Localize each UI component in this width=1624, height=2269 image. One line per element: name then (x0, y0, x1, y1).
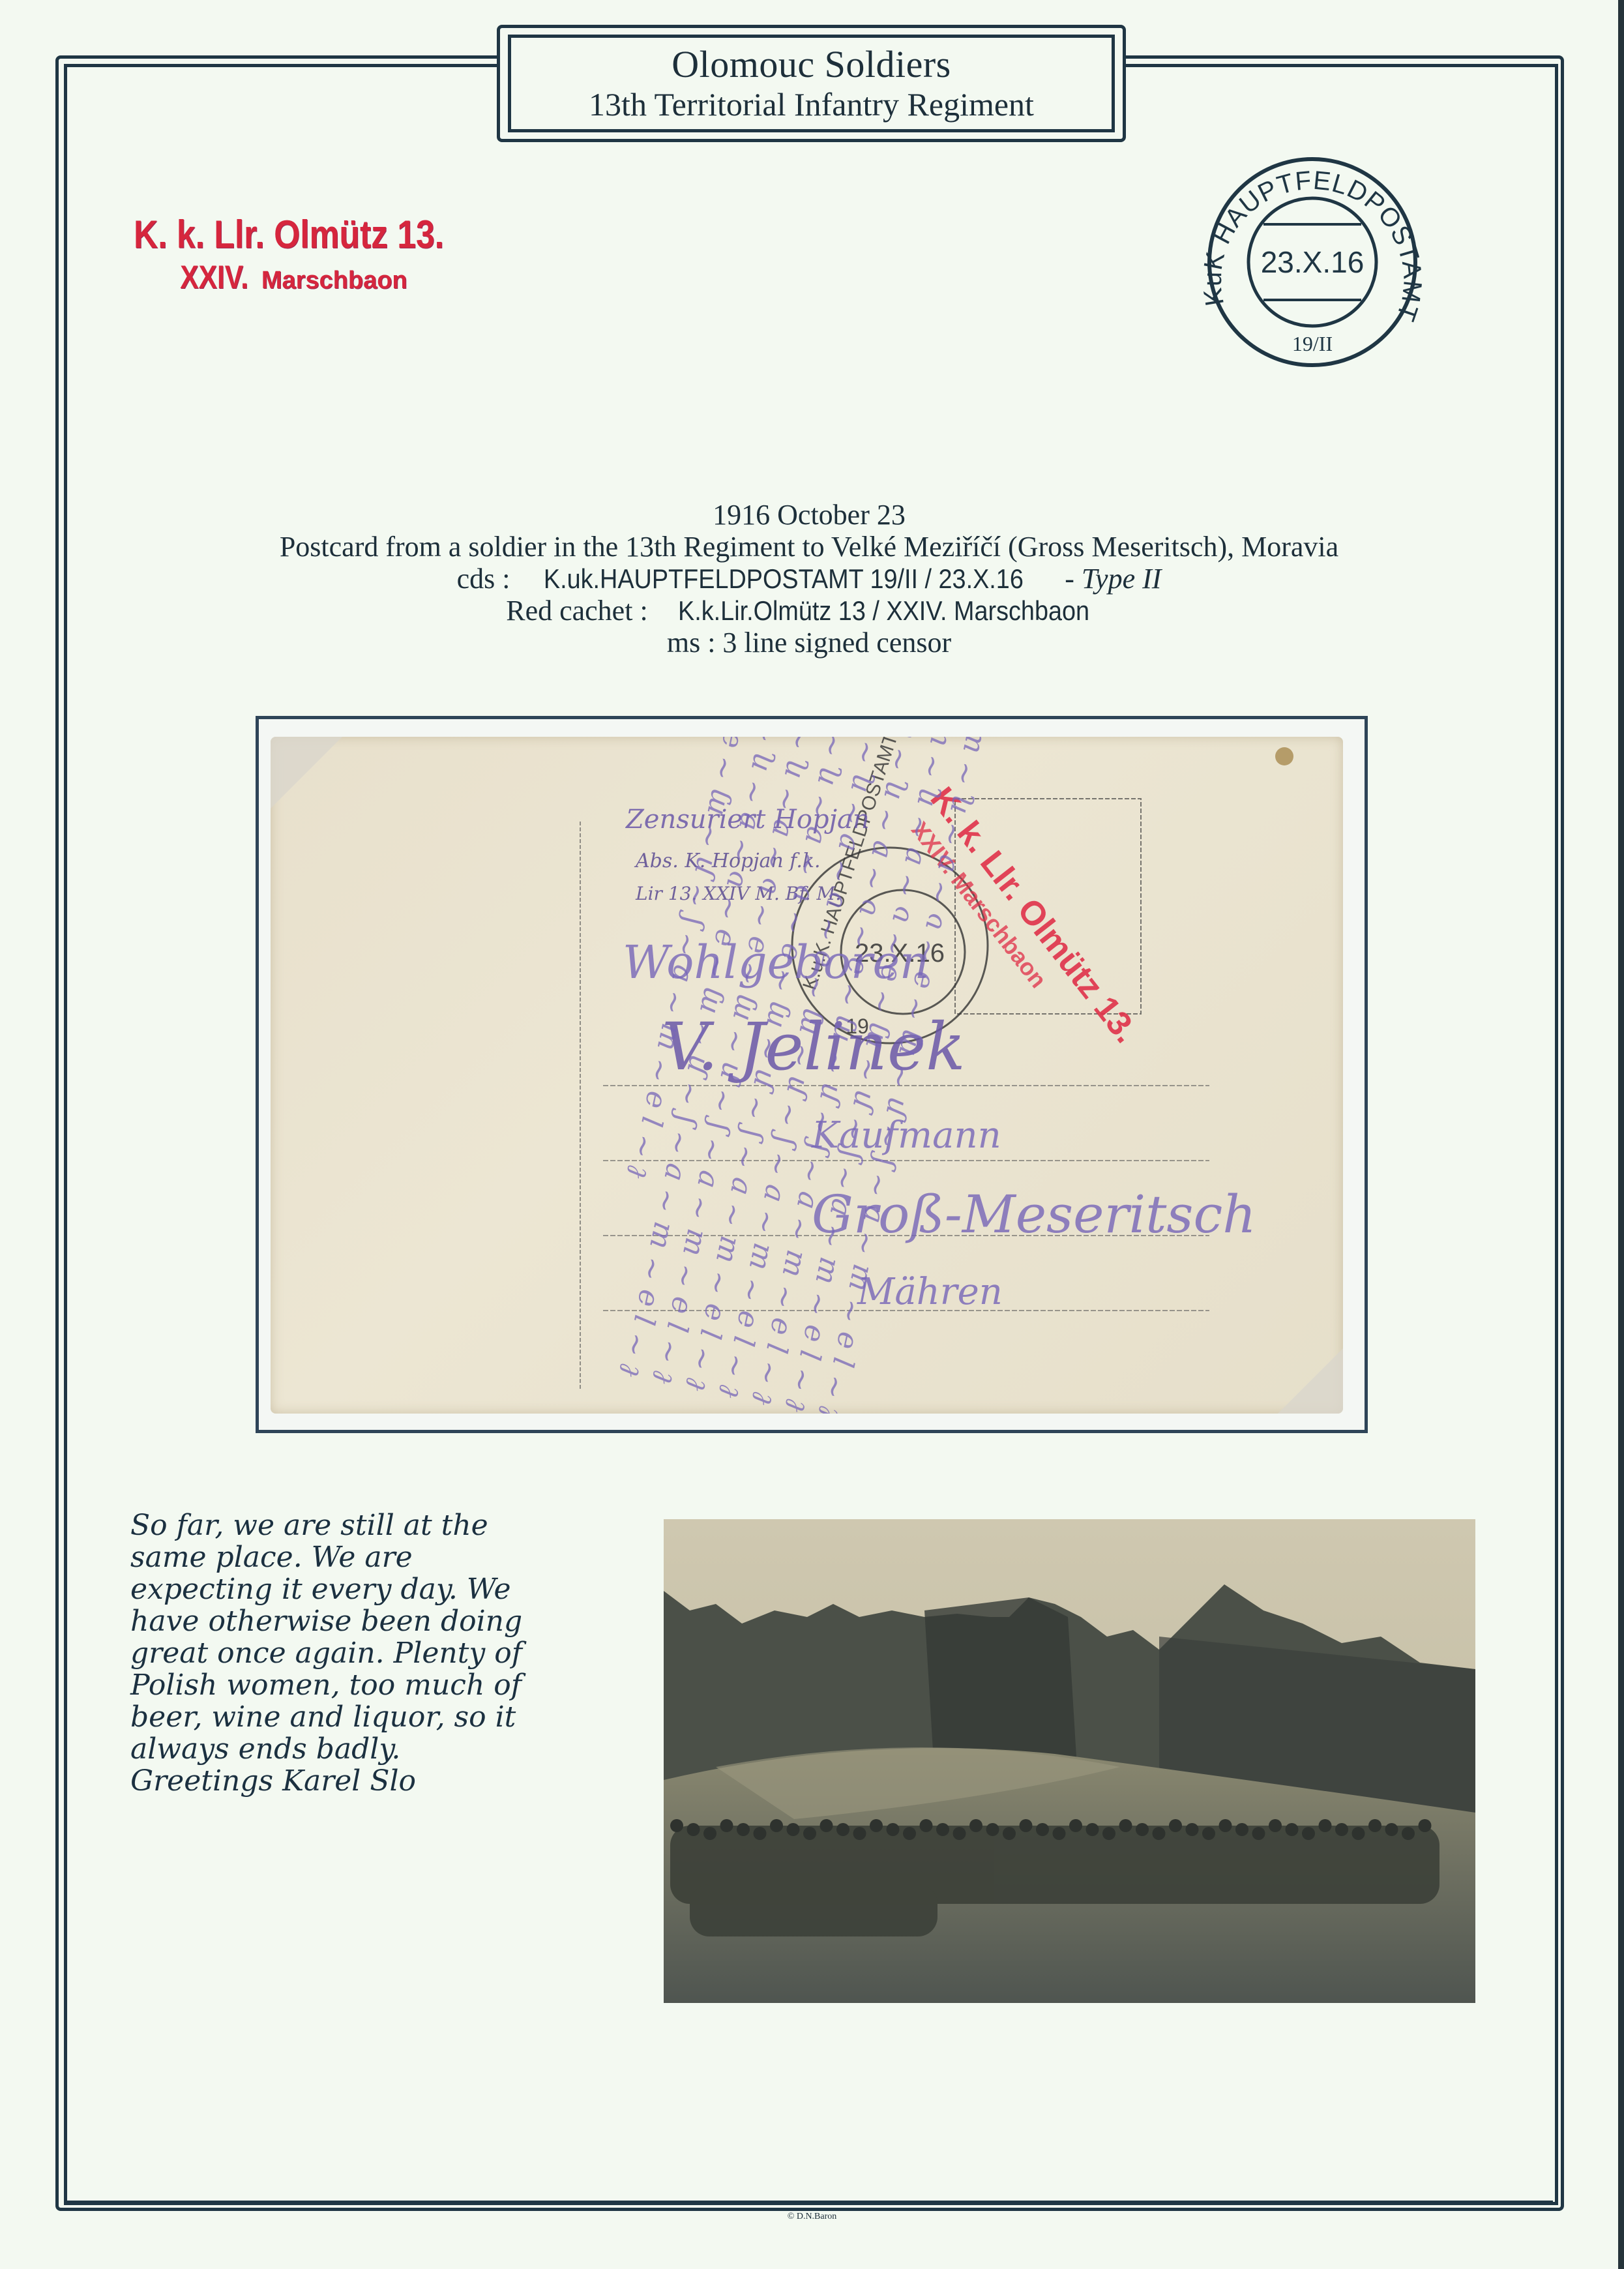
photo-artwork (664, 1519, 1475, 2003)
desc-cds: cds : K.uk.HAUPTFELDPOSTAMT 19/II / 23.X… (65, 563, 1553, 595)
cachet-marschbaon: Marschbaon (261, 267, 407, 294)
desc-date: 1916 October 23 (65, 499, 1553, 531)
cds-postmark-replica: KuK HAUPTFELDPOSTAMT 23.X.16 19/II (1202, 151, 1423, 373)
desc-summary: Postcard from a soldier in the 13th Regi… (65, 531, 1553, 563)
cachet-line-2: XXIV. Marschbaon (174, 258, 494, 296)
caption-line: always ends badly. (130, 1733, 645, 1765)
caption-line: expecting it every day. We (130, 1573, 645, 1605)
desc-cds-label: cds : (457, 563, 518, 595)
cachet-roman: XXIV. (180, 258, 248, 296)
caption-line: great once again. Plenty of (130, 1637, 645, 1669)
page-subtitle: 13th Territorial Infantry Regiment (589, 85, 1034, 123)
svg-text:Mähren: Mähren (857, 1271, 1003, 1313)
cds-office: 19/II (1292, 332, 1333, 355)
cachet-line-1: K. k. Llr. Olmütz 13. (134, 212, 444, 257)
copyright: © D.N.Baron (0, 2212, 1624, 2222)
description-block: 1916 October 23 Postcard from a soldier … (65, 499, 1553, 659)
caption-line: have otherwise been doing (130, 1605, 645, 1637)
desc-cds-type: - Type II (1065, 563, 1161, 595)
page-title: Olomouc Soldiers (672, 44, 951, 85)
caption-line: same place. We are (130, 1541, 645, 1573)
desc-cds-value: K.uk.HAUPTFELDPOSTAMT 19/II / 23.X.16 (544, 563, 1024, 595)
title-box: Olomouc Soldiers 13th Territorial Infant… (497, 25, 1126, 142)
cds-date: 23.X.16 (1261, 245, 1365, 279)
group-photo (664, 1519, 1475, 2003)
desc-cachet-label: Red cachet : (506, 595, 655, 627)
postcard: 23.X.16 19 K.u.K. HAUPTFELDPOSTAMT K. k.… (271, 737, 1343, 1414)
postcard-mount: 23.X.16 19 K.u.K. HAUPTFELDPOSTAMT K. k.… (256, 716, 1368, 1433)
postcard-artwork: 23.X.16 19 K.u.K. HAUPTFELDPOSTAMT K. k.… (271, 737, 1343, 1414)
caption-line: Polish women, too much of (130, 1669, 645, 1701)
caption-line: Greetings Karel Slo (130, 1765, 645, 1797)
desc-ms: ms : 3 line signed censor (65, 627, 1553, 659)
scan-edge (1618, 0, 1624, 2269)
caption-line: beer, wine and liquor, so it (130, 1701, 645, 1733)
desc-cachet: Red cachet : K.k.Lir.Olmütz 13 / XXIV. M… (65, 595, 1553, 627)
footer-rule (65, 2201, 1553, 2204)
title-box-inner: Olomouc Soldiers 13th Territorial Infant… (508, 35, 1115, 132)
desc-cachet-value: K.k.Lir.Olmütz 13 / XXIV. Marschbaon (678, 595, 1089, 627)
translation-caption: So far, we are still at thesame place. W… (130, 1509, 645, 1797)
red-cachet-replica: K. k. Llr. Olmütz 13. XXIV. Marschbaon (134, 212, 494, 296)
caption-line: So far, we are still at the (130, 1509, 645, 1541)
